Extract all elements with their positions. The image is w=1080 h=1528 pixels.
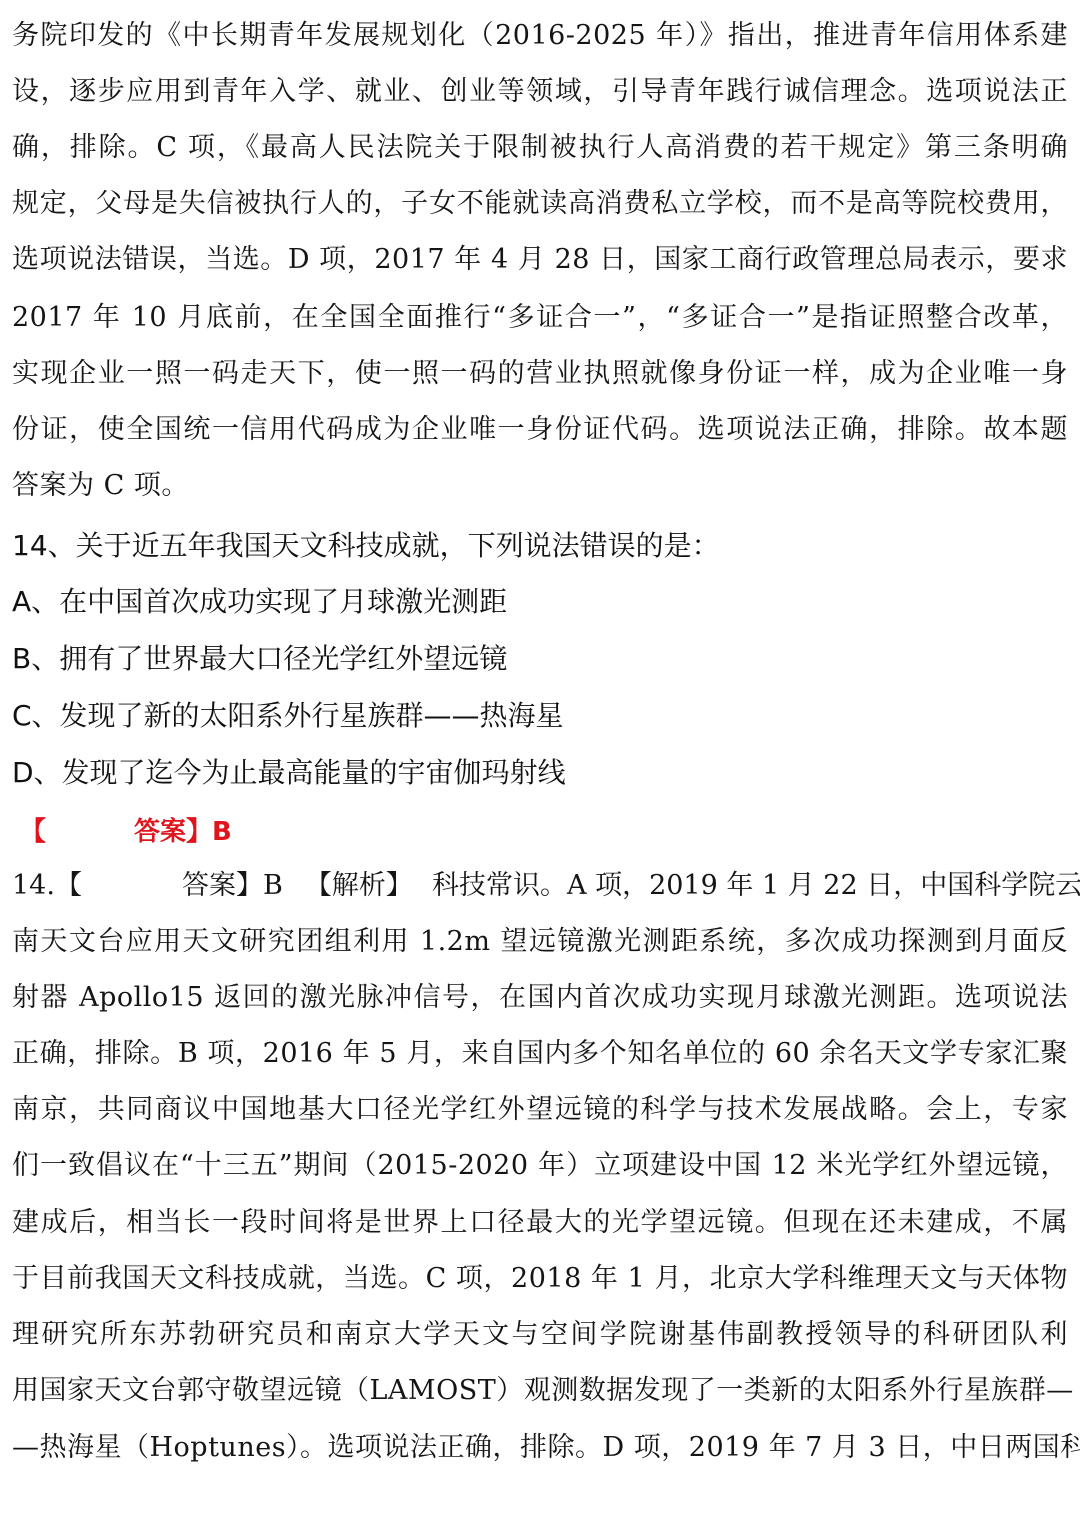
option-c: C、发现了新的太阳系外行星族群——热海星	[12, 694, 564, 738]
paragraph-line: 规定，父母是失信被执行人的，子女不能就读高消费私立学校，而不是高等院校费用，	[12, 184, 1068, 224]
paragraph-line: 设，逐步应用到青年入学、就业、创业等领域，引导青年践行诚信理念。选项说法正	[12, 72, 1068, 112]
paragraph-line: 确，排除。C 项，《最高人民法院关于限制被执行人高消费的若干规定》第三条明确	[12, 128, 1068, 168]
paragraph-line: 2017 年 10 月底前，在全国全面推行“多证合一”，“多证合一”是指证照整合…	[12, 298, 1068, 338]
paragraph-line: 们一致倡议在“十三五”期间（2015-2020 年）立项建设中国 12 米光学红…	[12, 1146, 1068, 1186]
paragraph-line: 射器 Apollo15 返回的激光脉冲信号，在国内首次成功实现月球激光测距。选项…	[12, 978, 1068, 1018]
option-d: D、发现了迄今为止最高能量的宇宙伽玛射线	[12, 751, 566, 795]
analysis-tag: 【解析】	[305, 870, 413, 901]
explanation-prefix: 14.【	[12, 870, 82, 901]
paragraph-line: 于目前我国天文科技成就，当选。C 项，2018 年 1 月，北京大学科维理天文与…	[12, 1259, 1068, 1299]
option-b: B、拥有了世界最大口径光学红外望远镜	[12, 637, 507, 681]
explanation-answer: 答案】B	[182, 870, 283, 901]
paragraph-line: —热海星（Hoptunes）。选项说法正确，排除。D 项，2019 年 7 月 …	[12, 1428, 1068, 1468]
explanation-first-line: 14.【答案】B【解析】 科技常识。A 项，2019 年 1 月 22 日，中国…	[12, 866, 1068, 906]
paragraph-line: 理研究所东苏勃研究员和南京大学天文与空间学院谢基伟副教授领导的科研团队利	[12, 1315, 1068, 1355]
paragraph-line: 用国家天文台郭守敬望远镜（LAMOST）观测数据发现了一类新的太阳系外行星族群—	[12, 1371, 1068, 1411]
paragraph-line: 份证，使全国统一信用代码成为企业唯一身份证代码。选项说法正确，排除。故本题	[12, 410, 1068, 450]
paragraph-line: 建成后，相当长一段时间将是世界上口径最大的光学望远镜。但现在还未建成，不属	[12, 1203, 1068, 1243]
explanation-first-line-rest: 科技常识。A 项，2019 年 1 月 22 日，中国科学院云	[432, 866, 1068, 906]
answer-banner: 【答案】B	[20, 810, 232, 854]
option-a: A、在中国首次成功实现了月球激光测距	[12, 580, 507, 624]
answer-label: 答案】B	[134, 817, 232, 847]
document-page: 务院印发的《中长期青年发展规划化（2016-2025 年）》指出，推进青年信用体…	[0, 0, 1080, 1528]
paragraph-line: 答案为 C 项。	[12, 466, 1068, 506]
paragraph-line: 实现企业一照一码走天下，使一照一码的营业执照就像身份证一样，成为企业唯一身	[12, 354, 1068, 394]
question-stem: 14、关于近五年我国天文科技成就，下列说法错误的是：	[12, 524, 720, 568]
paragraph-line: 选项说法错误，当选。D 项，2017 年 4 月 28 日，国家工商行政管理总局…	[12, 240, 1068, 280]
paragraph-line: 务院印发的《中长期青年发展规划化（2016-2025 年）》指出，推进青年信用体…	[12, 16, 1068, 56]
paragraph-line: 正确，排除。B 项，2016 年 5 月，来自国内多个知名单位的 60 余名天文…	[12, 1034, 1068, 1074]
paragraph-line: 南京，共同商议中国地基大口径光学红外望远镜的科学与技术发展战略。会上，专家	[12, 1090, 1068, 1130]
answer-open-bracket: 【	[20, 817, 46, 847]
paragraph-line: 南天文台应用天文研究团组利用 1.2m 望远镜激光测距系统，多次成功探测到月面反	[12, 922, 1068, 962]
